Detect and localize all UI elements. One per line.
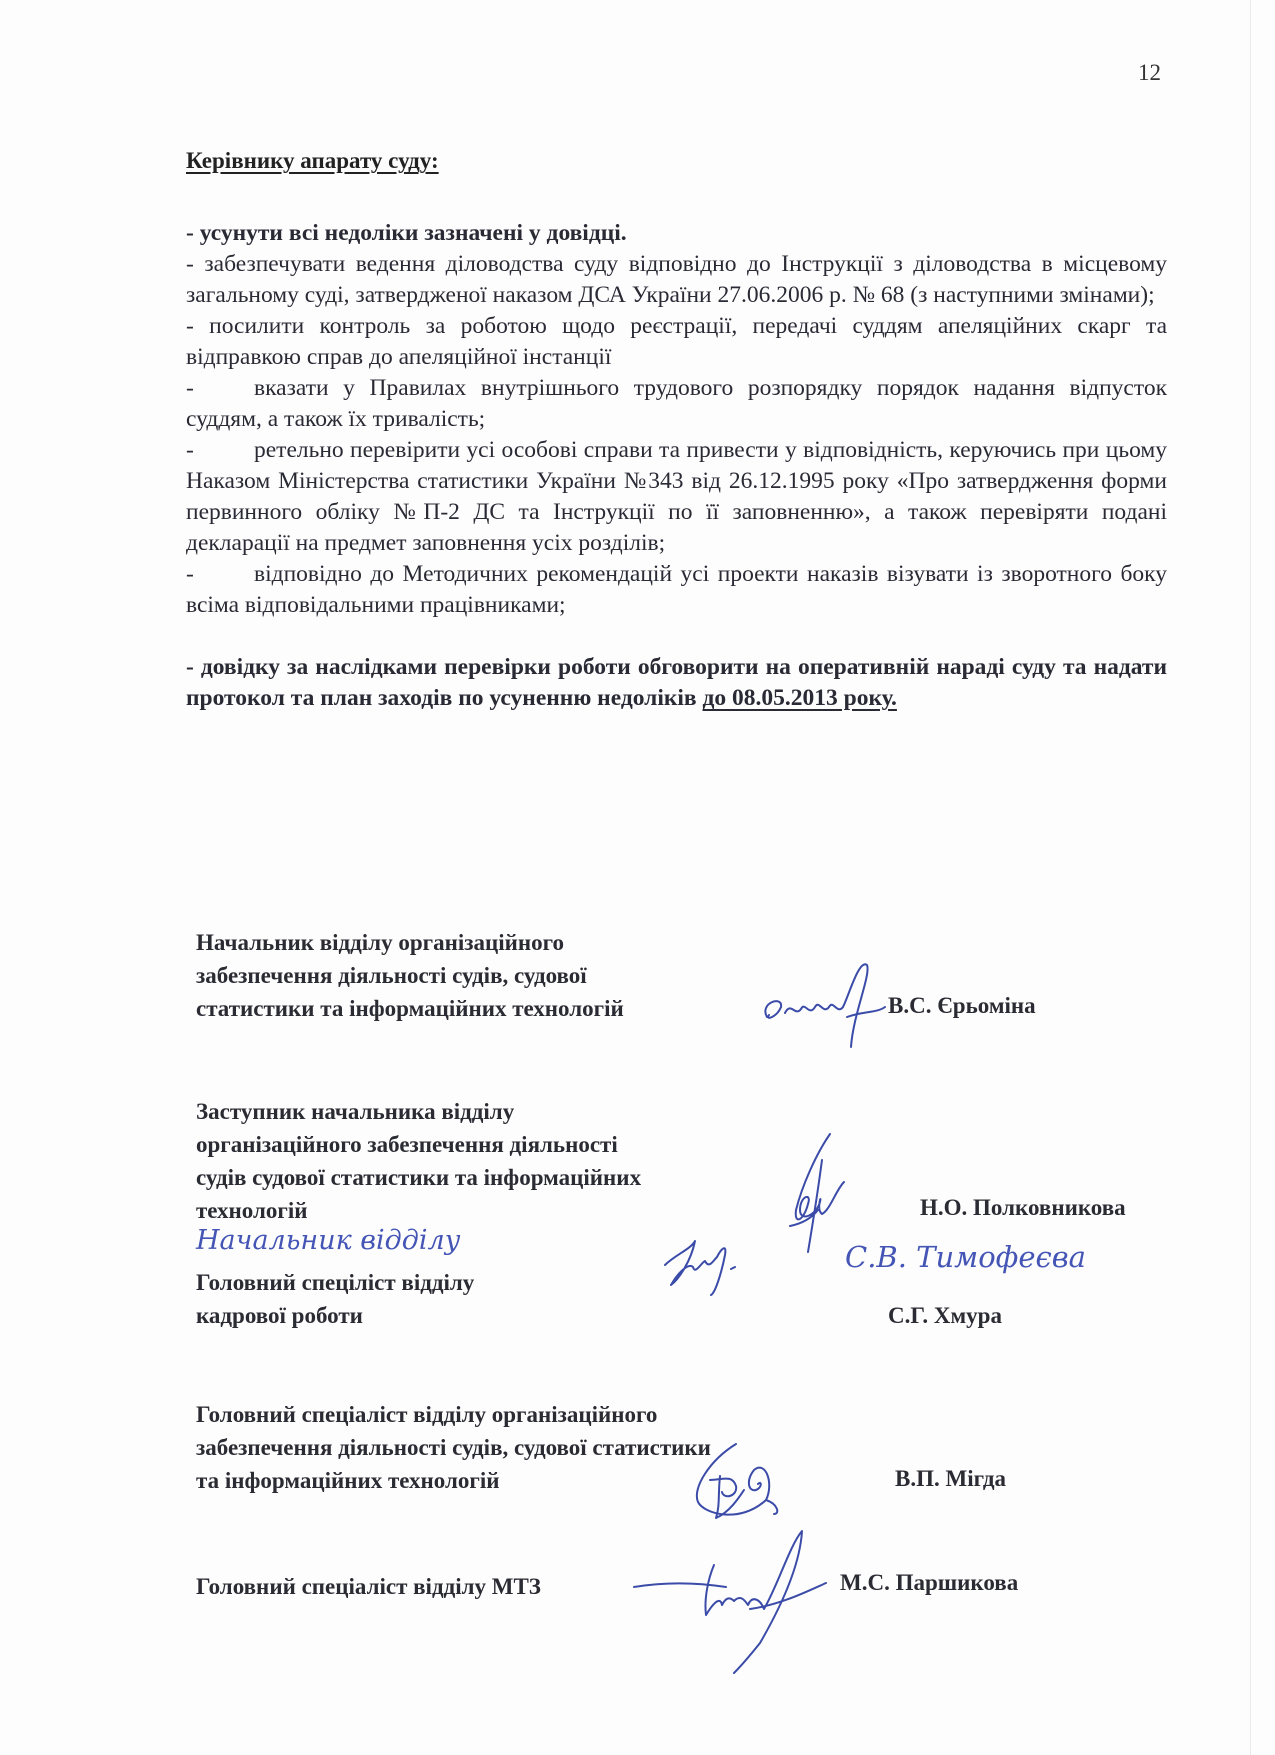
directive-item-7: - довідку за наслідками перевірки роботи… xyxy=(186,652,1167,714)
title-line: Головний спеціаліст відділу МТЗ xyxy=(196,1570,541,1603)
title-line: Головний спеціаліст відділу організаційн… xyxy=(196,1398,711,1431)
bullet-dash: - xyxy=(186,373,254,404)
directive-item-5: -ретельно перевірити усі особові справи … xyxy=(186,435,1167,559)
title-line: Начальник відділу організаційного xyxy=(196,926,624,959)
signatory-3-name: С.Г. Хмура xyxy=(888,1303,1002,1329)
title-line: Головний спеціліст відділу xyxy=(196,1266,474,1299)
section-heading: Керівнику апарату суду: xyxy=(186,148,439,174)
document-page: 12 Керівнику апарату суду: - усунути всі… xyxy=(0,0,1275,1755)
directive-item-5-text: ретельно перевірити усі особові справи т… xyxy=(186,437,1167,556)
title-line: кадрової роботи xyxy=(196,1299,474,1332)
title-line: технологій xyxy=(196,1194,641,1227)
signatory-3-title: Головний спеціліст відділу кадрової робо… xyxy=(196,1266,474,1332)
deadline-date: до 08.05.2013 року. xyxy=(703,685,897,711)
name-text: Н.О. Полковникова xyxy=(920,1195,1126,1220)
directive-item-2: - забезпечувати ведення діловодства суду… xyxy=(186,249,1167,311)
page-edge xyxy=(1250,0,1251,1755)
directive-item-1: - усунути всі недоліки зазначені у довід… xyxy=(186,218,1167,249)
handwritten-annotation-right: С.В. Тимофеєва xyxy=(845,1240,1086,1274)
spacer xyxy=(186,621,1167,652)
signature-3-icon xyxy=(655,1225,765,1295)
title-line: судів судової статистики та інформаційни… xyxy=(196,1161,641,1194)
directive-item-7-text: - довідку за наслідками перевірки роботи… xyxy=(186,654,1167,711)
signatory-2-title: Заступник начальника відділу організацій… xyxy=(196,1095,641,1227)
directive-item-4-text: вказати у Правилах внутрішнього трудовог… xyxy=(186,375,1167,432)
directive-item-6: -відповідно до Методичних рекомендацій у… xyxy=(186,559,1167,621)
signatory-4-name: В.П. Мігда xyxy=(895,1466,1006,1492)
title-line: забезпечення діяльності судів, судової с… xyxy=(196,1431,711,1464)
signatory-5-title: Головний спеціаліст відділу МТЗ xyxy=(196,1570,541,1603)
bullet-dash: - xyxy=(186,559,254,590)
directive-item-6-text: відповідно до Методичних рекомендацій ус… xyxy=(186,561,1167,618)
signatory-4-title: Головний спеціаліст відділу організаційн… xyxy=(196,1398,711,1497)
signature-5-icon xyxy=(630,1525,860,1675)
directives-list: - усунути всі недоліки зазначені у довід… xyxy=(186,218,1167,714)
title-line: та інформаційних технологій xyxy=(196,1464,711,1497)
directive-item-3: - посилити контроль за роботою щодо реєс… xyxy=(186,311,1167,373)
signatory-5-name: М.С. Паршикова xyxy=(840,1570,1018,1596)
title-line: забезпечення діяльності судів, судової xyxy=(196,959,624,992)
signatory-2-name: Н.О. Полковникова xyxy=(920,1195,1126,1221)
handwritten-annotation-left: Начальник відділу xyxy=(196,1225,460,1256)
page-number: 12 xyxy=(1138,60,1161,86)
title-line: організаційного забезпечення діяльності xyxy=(196,1128,641,1161)
title-line: Заступник начальника відділу xyxy=(196,1095,641,1128)
signatory-1-name: В.С. Єрьоміна xyxy=(888,993,1036,1019)
bullet-dash: - xyxy=(186,435,254,466)
title-line: статистики та інформаційних технологій xyxy=(196,992,624,1025)
signature-1-icon xyxy=(755,955,905,1055)
signatory-1-title: Начальник відділу організаційного забезп… xyxy=(196,926,624,1025)
directive-item-4: -вказати у Правилах внутрішнього трудово… xyxy=(186,373,1167,435)
